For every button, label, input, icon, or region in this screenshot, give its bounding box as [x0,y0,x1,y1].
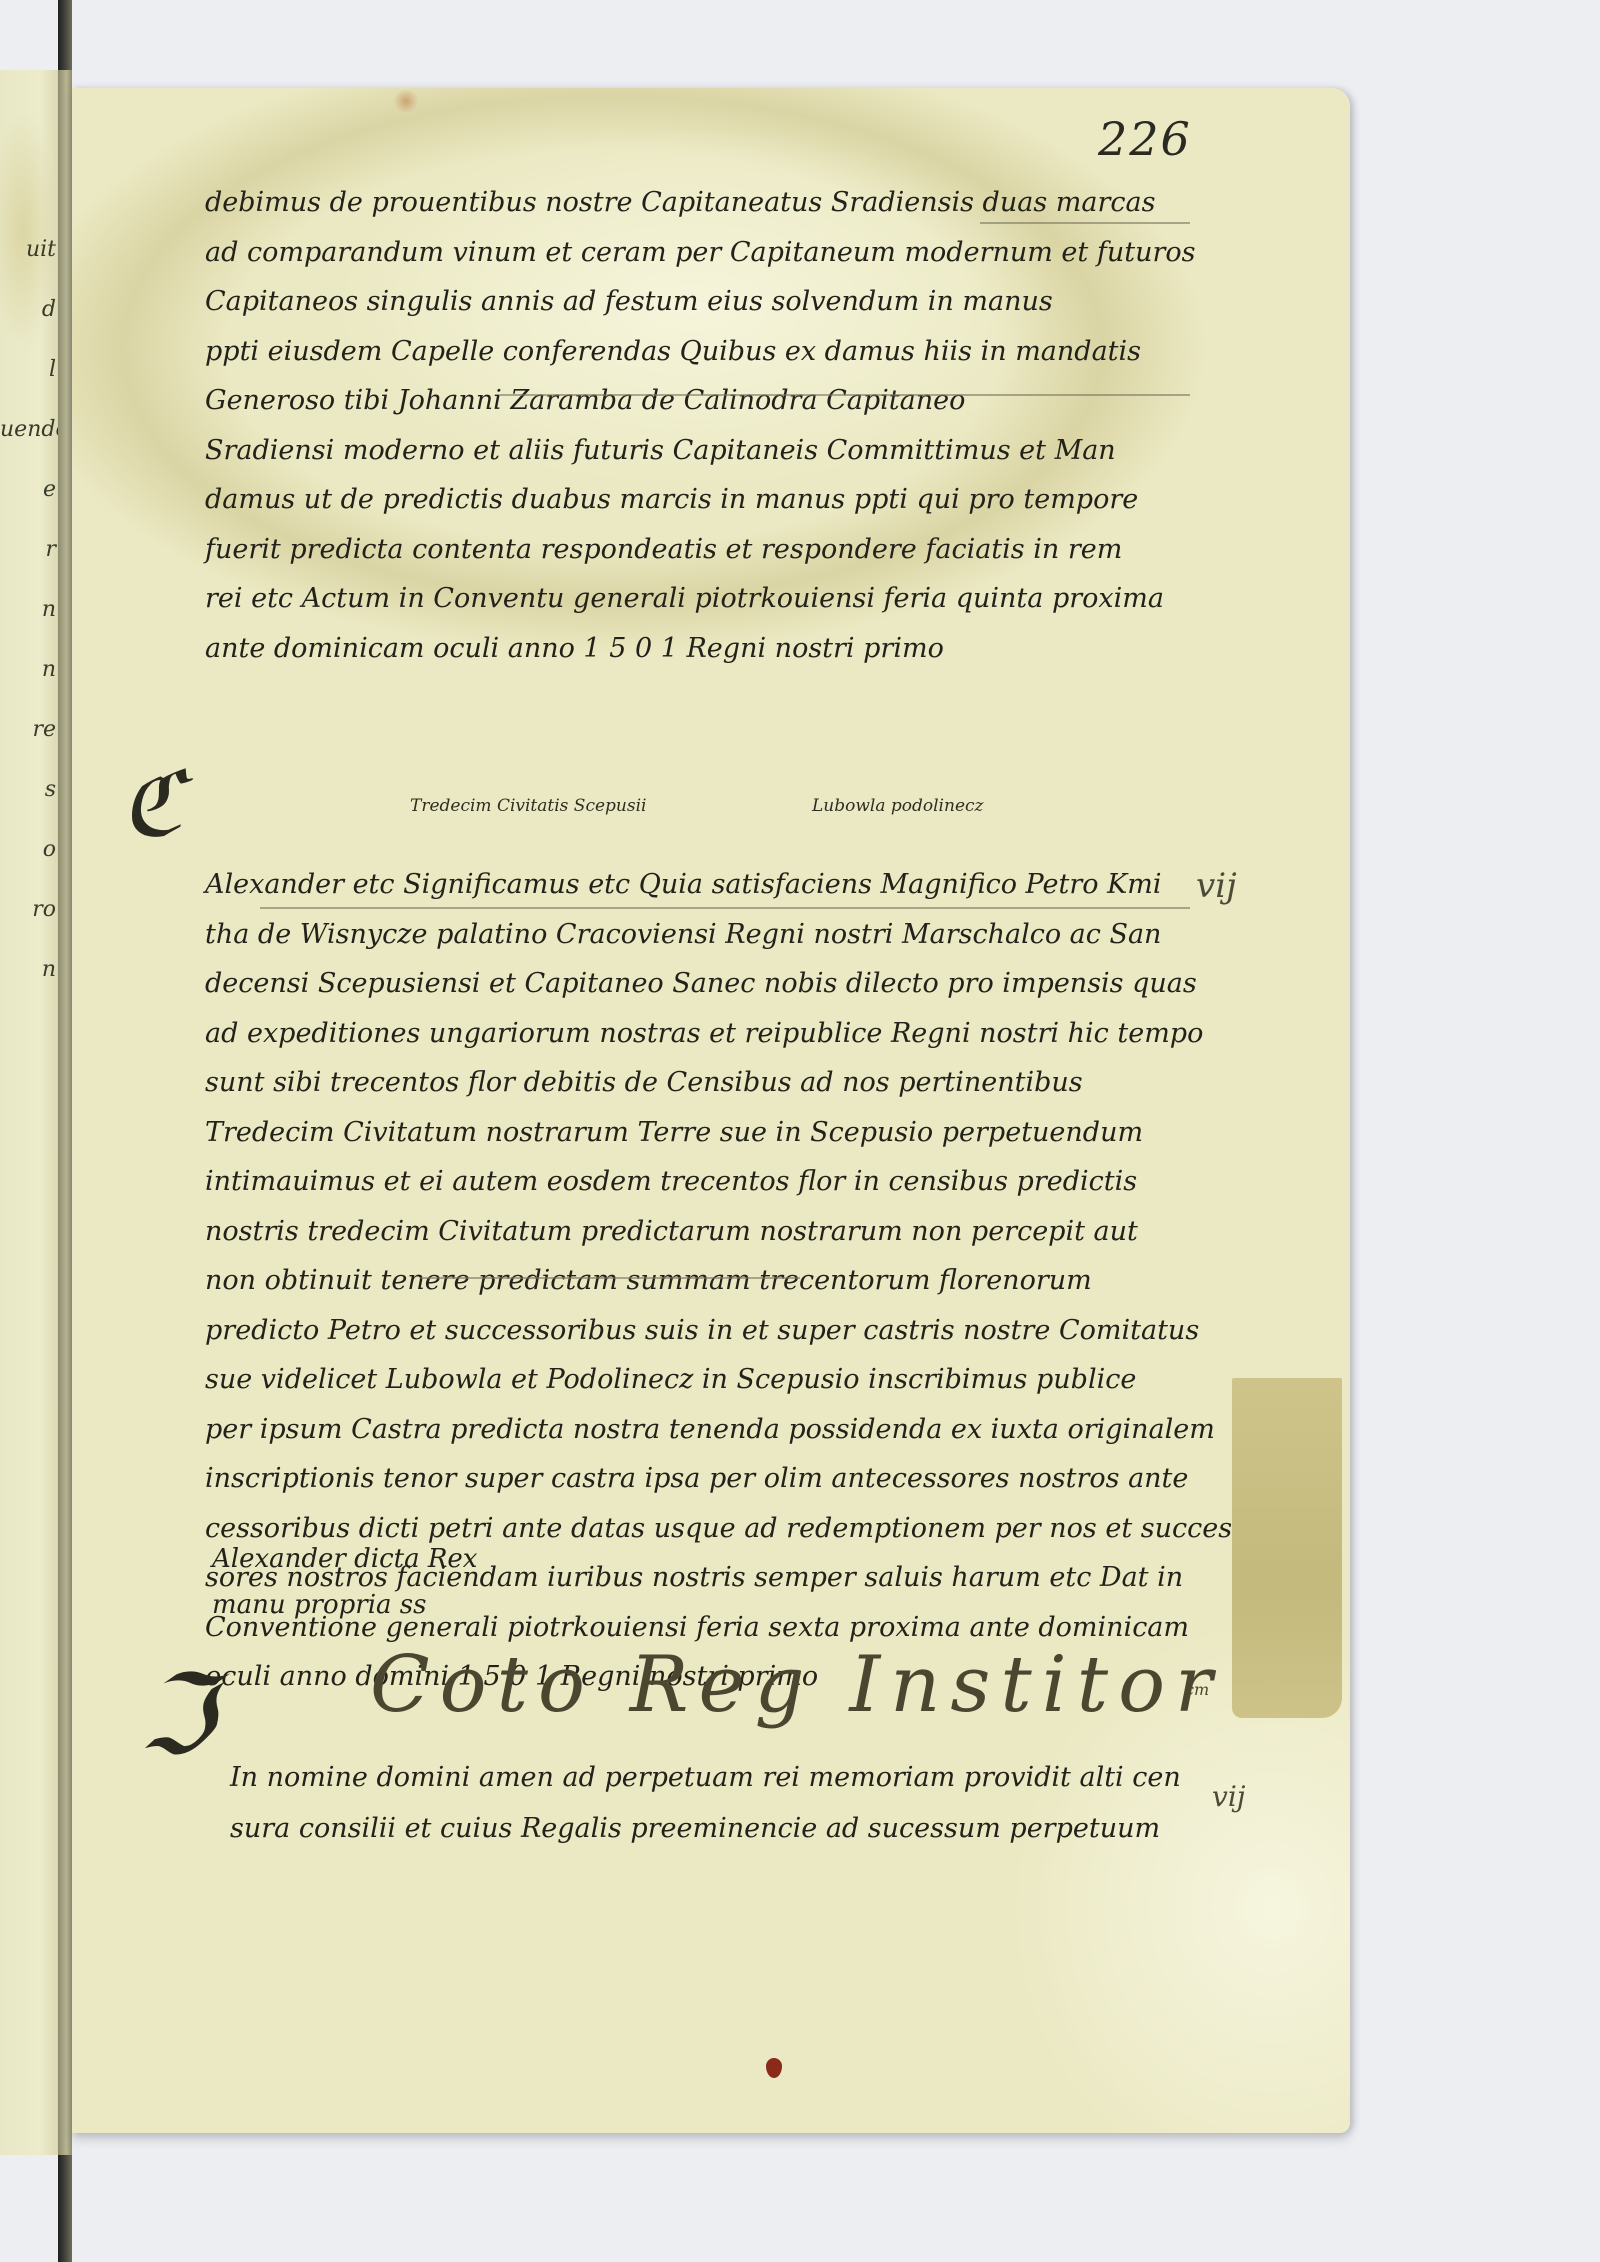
fragment: n [0,940,56,1000]
foxing-spot [392,90,420,112]
fragment: ro [0,880,56,940]
text-line: non obtinuit tenere predictam summam tre… [205,1256,1232,1306]
facing-left-page: uit d l uendo e r n n re s o ro n [0,70,58,2155]
text-line: Generoso tibi Johanni Zaramba de Calinod… [205,376,1195,426]
ornate-section-heading: Coto Reg Institor [370,1640,1222,1730]
fragment: d [0,280,56,340]
text-line: Sradiensi moderno et aliis futuris Capit… [205,426,1195,476]
left-page-text-fragments: uit d l uendo e r n n re s o ro n [0,220,56,1000]
text-line: per ipsum Castra predicta nostra tenenda… [205,1405,1232,1455]
entry-3-text: In nomine domini amen ad perpetuam rei m… [230,1752,1181,1854]
text-line: sunt sibi trecentos flor debitis de Cens… [205,1058,1232,1108]
text-line: sura consilii et cuius Regalis preeminen… [230,1803,1181,1854]
heading-suffix: cm [1185,1680,1209,1699]
text-line: ppti eiusdem Capelle conferendas Quibus … [205,327,1195,377]
gutter-edge [58,70,72,2155]
text-line: rei etc Actum in Conventu generali piotr… [205,574,1195,624]
bleed-through-text [150,700,1150,748]
folio-number: 226 [1098,112,1192,166]
header-note-tredecim: Tredecim Civitatis Scepusii [410,796,646,816]
margin-note-right: vij [1196,866,1237,906]
entry-1-text: debimus de prouentibus nostre Capitaneat… [205,178,1195,673]
margin-note-right: vij [1212,1780,1245,1813]
text-line: sue videlicet Lubowla et Podolinecz in S… [205,1355,1232,1405]
book-binding-gutter [58,0,72,2262]
fragment: n [0,640,56,700]
text-line: ad comparandum vinum et ceram per Capita… [205,228,1195,278]
text-line: inscriptionis tenor super castra ipsa pe… [205,1454,1232,1504]
fragment: uit [0,220,56,280]
fragment: l [0,340,56,400]
text-line: Alexander etc Significamus etc Quia sati… [205,860,1232,910]
text-line: nostris tredecim Civitatum predictarum n… [205,1207,1232,1257]
text-line: Capitaneos singulis annis ad festum eius… [205,277,1195,327]
fragment: o [0,820,56,880]
header-note-lubowla: Lubowla podolinecz [812,796,983,816]
fragment: r [0,520,56,580]
text-line: ad expeditiones ungariorum nostras et re… [205,1009,1232,1059]
underline-rule [500,394,1190,396]
fragment: e [0,460,56,520]
underline-rule [420,1277,800,1279]
text-line: decensi Scepusiensi et Capitaneo Sanec n… [205,959,1232,1009]
underline-rule [980,222,1190,224]
text-line: debimus de prouentibus nostre Capitaneat… [205,178,1195,228]
text-line: damus ut de predictis duabus marcis in m… [205,475,1195,525]
text-line: intimauimus et ei autem eosdem trecentos… [205,1157,1232,1207]
fragment: uendo [0,400,56,460]
text-line: predicto Petro et successoribus suis in … [205,1306,1232,1356]
fragment: re [0,700,56,760]
entry-2-closing: Alexander dicta Rex manu propria ss [212,1536,477,1628]
fragment: s [0,760,56,820]
text-line: tha de Wisnycze palatino Cracoviensi Reg… [205,910,1232,960]
text-line: fuerit predicta contenta respondeatis et… [205,525,1195,575]
text-line: Tredecim Civitatum nostrarum Terre sue i… [205,1108,1232,1158]
signature-line: manu propria ss [212,1582,477,1628]
repair-tape-strip [1232,1378,1342,1718]
decorated-initial-a: ℭ [120,760,183,850]
decorated-initial-i: ℑ [138,1660,215,1770]
fragment: n [0,580,56,640]
signature-line: Alexander dicta Rex [212,1536,477,1582]
text-line: In nomine domini amen ad perpetuam rei m… [230,1752,1181,1803]
underline-rule [260,907,1190,909]
text-line: ante dominicam oculi anno 1 5 0 1 Regni … [205,624,1195,674]
